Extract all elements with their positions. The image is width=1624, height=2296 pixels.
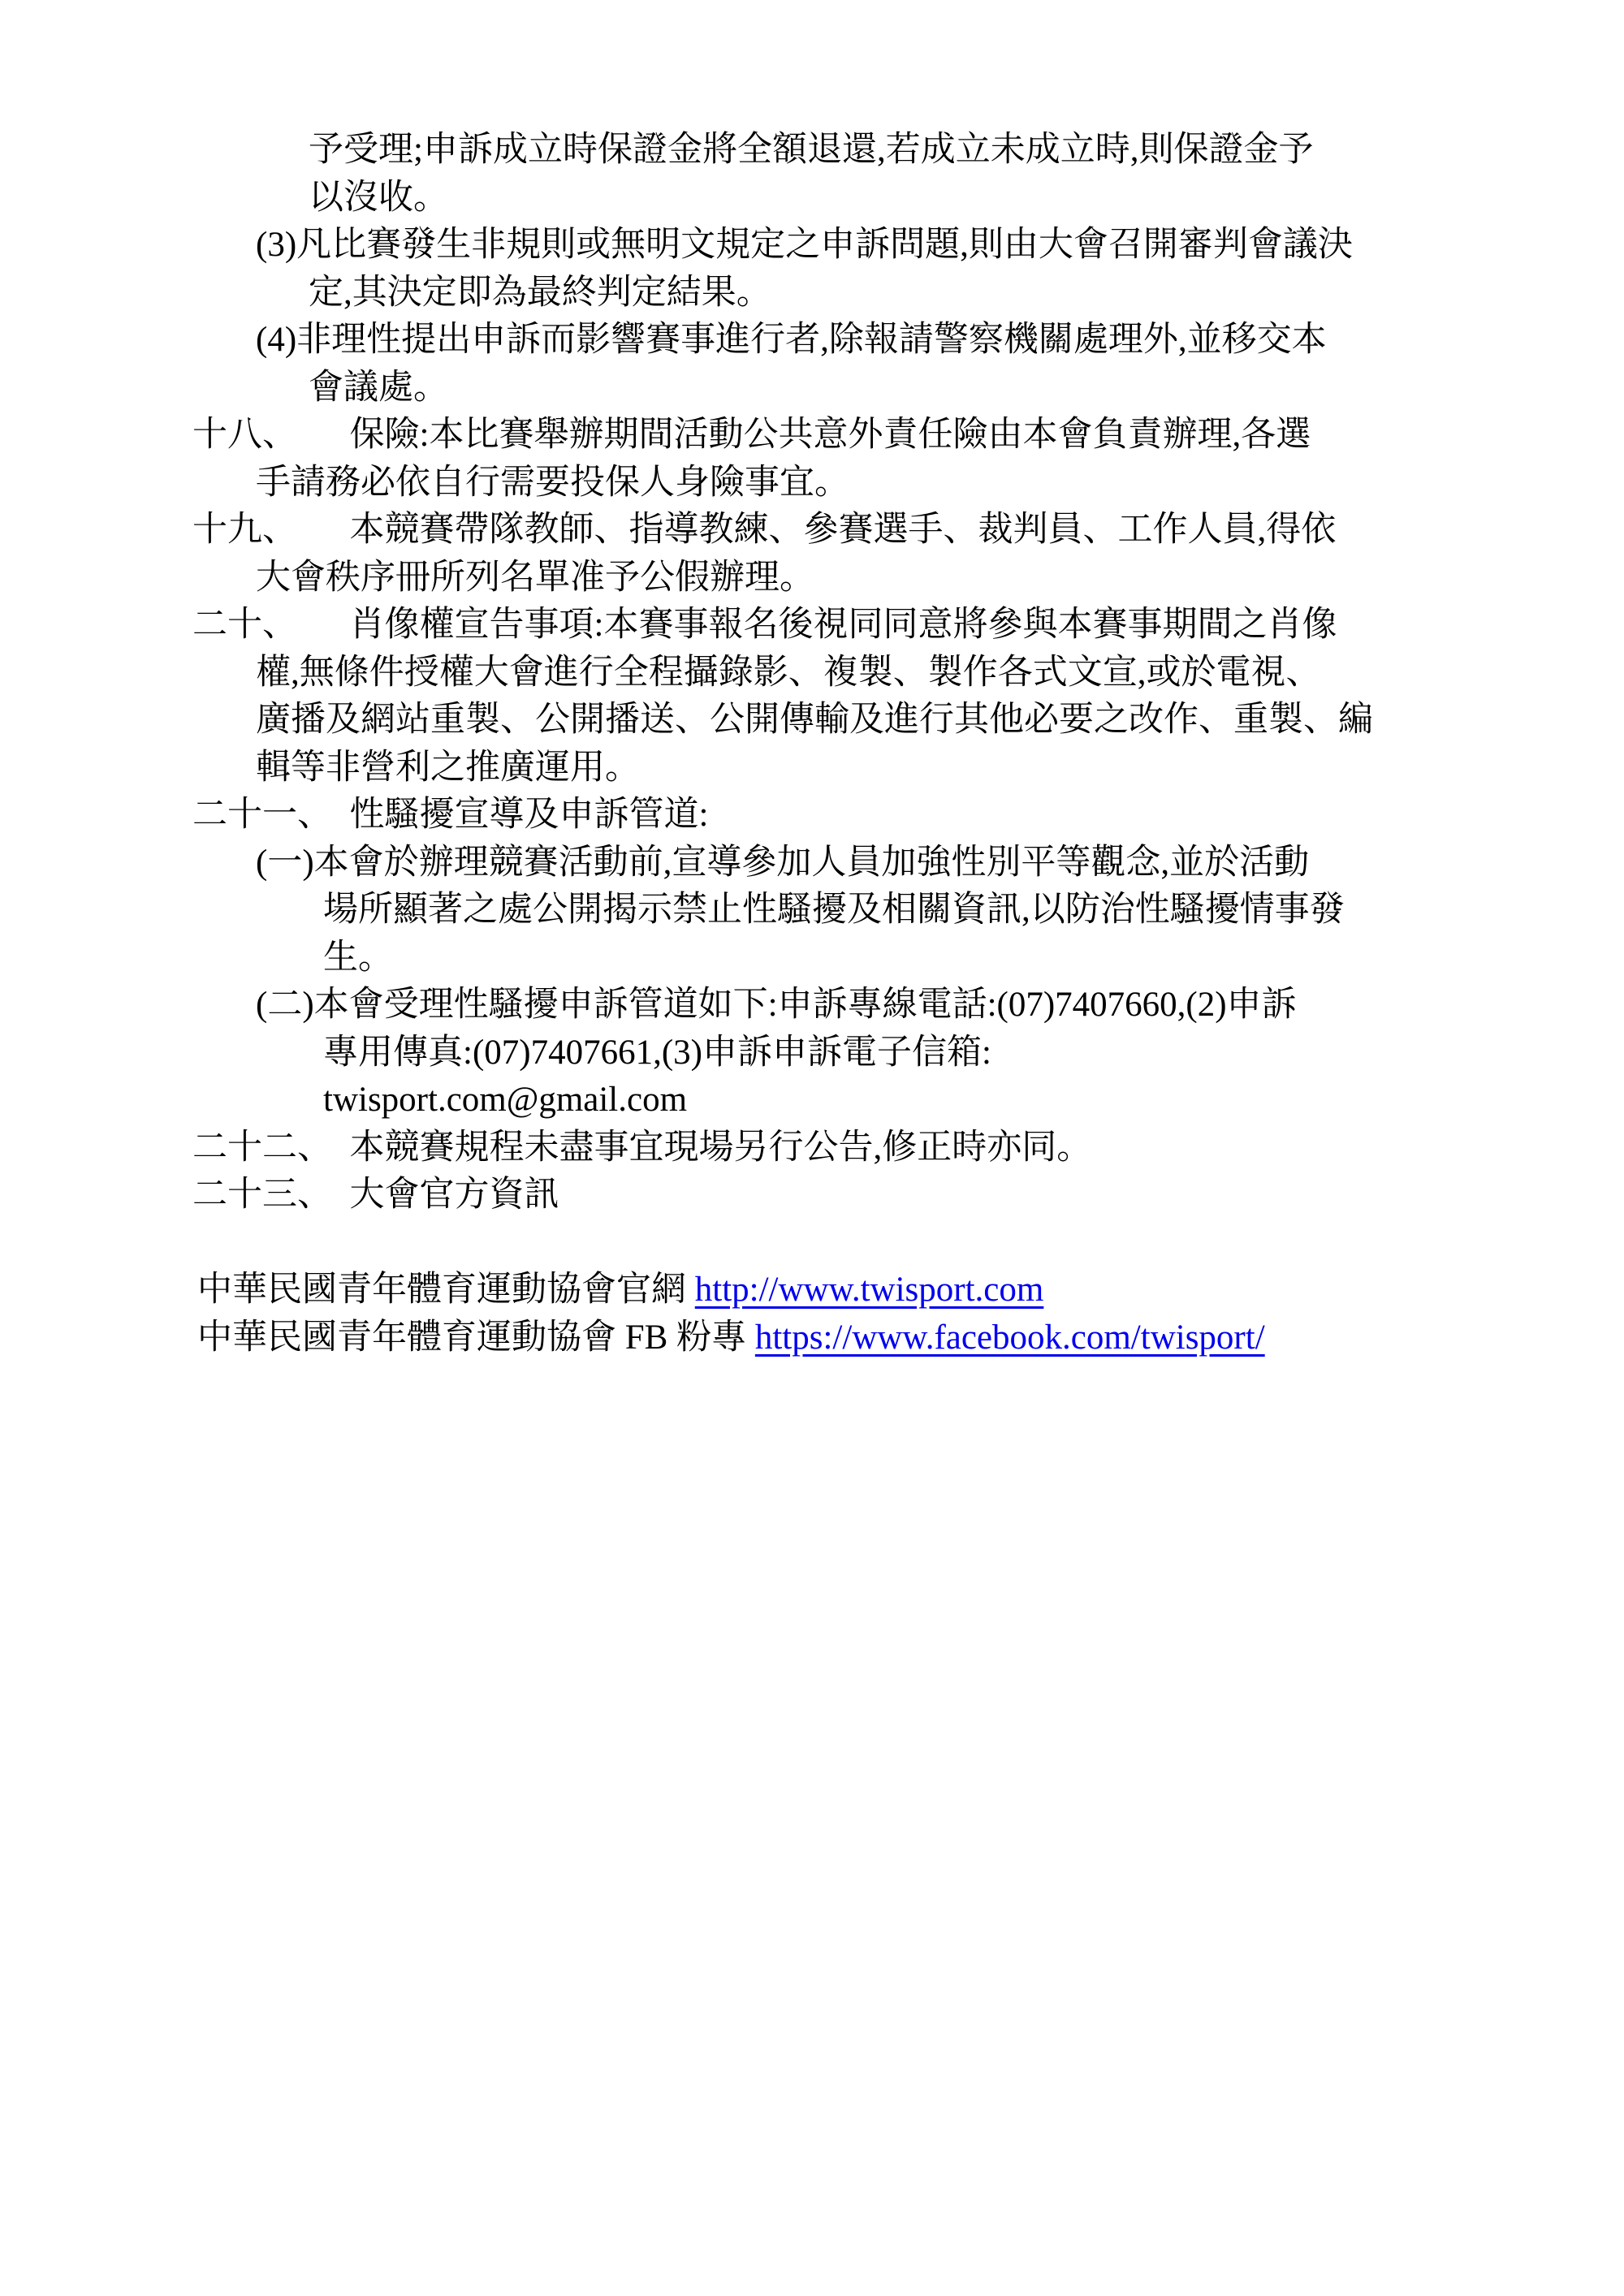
regulations-text-block: 予受理;申訴成立時保證金將全額退還,若成立未成立時,則保證金予 以沒收。 (3)… [0,127,1624,1314]
doc-line: (3)凡比賽發生非規則或無明文規定之申訴問題,則由大會召開審判會議決 [256,222,1624,270]
facebook-page-link[interactable]: https://www.facebook.com/twisport/ [755,1318,1265,1357]
doc-line: 生。 [323,934,1624,982]
doc-line: 廣播及網站重製、公開播送、公開傳輸及進行其他必要之改作、重製、編 [256,697,1624,744]
doc-line: (4)非理性提出申訴而影響賽事進行者,除報請警察機關處理外,並移交本 [256,317,1624,365]
doc-line-item-21: 二十一、 性騷擾宣導及申訴管道: [192,792,1624,839]
doc-line: (二)本會受理性騷擾申訴管道如下:申訴專線電話:(07)7407660,(2)申… [256,982,1624,1029]
document-page: { "page": { "background_color": "#ffffff… [0,0,1624,2296]
official-website-link[interactable]: http://www.twisport.com [695,1271,1044,1309]
official-website-line: 中華民國青年體育運動協會官網 http://www.twisport.com [162,1219,1624,1267]
doc-line: 輯等非營利之推廣運用。 [256,744,1624,792]
doc-line-item-18: 十八、 保險:本比賽舉辦期間活動公共意外責任險由本會負責辦理,各選 [192,412,1624,460]
doc-line: 予受理;申訴成立時保證金將全額退還,若成立未成立時,則保證金予 [309,127,1624,175]
doc-line-email: twisport.com@gmail.com [323,1077,1624,1124]
doc-line-item-19: 十九、 本競賽帶隊教師、指導教練、參賽選手、裁判員、工作人員,得依 [192,507,1624,555]
doc-line: 專用傳真:(07)7407661,(3)申訴申訴電子信箱: [323,1029,1624,1077]
doc-line: 手請務必依自行需要投保人身險事宜。 [256,460,1624,507]
doc-line: 會議處。 [309,365,1624,412]
doc-line-item-22: 二十二、 本競賽規程未盡事宜現場另行公告,修正時亦同。 [192,1124,1624,1172]
doc-line-item-20: 二十、 肖像權宣告事項:本賽事報名後視同同意將參與本賽事期間之肖像 [192,602,1624,650]
doc-line: 定,其決定即為最終判定結果。 [309,270,1624,317]
doc-line: 權,無條件授權大會進行全程攝錄影、複製、製作各式文宣,或於電視、 [256,650,1624,697]
doc-line: 以沒收。 [309,175,1624,222]
doc-line: 大會秩序冊所列名單准予公假辦理。 [256,555,1624,602]
official-website-label: 中華民國青年體育運動協會官網 [197,1271,695,1309]
doc-line: (一)本會於辦理競賽活動前,宣導參加人員加強性別平等觀念,並於活動 [256,839,1624,887]
doc-line-item-23: 二十三、 大會官方資訊 [192,1172,1624,1219]
facebook-page-label: 中華民國青年體育運動協會 FB 粉專 [197,1318,755,1357]
doc-line: 場所顯著之處公開揭示禁止性騷擾及相關資訊,以防治性騷擾情事發 [323,887,1624,934]
